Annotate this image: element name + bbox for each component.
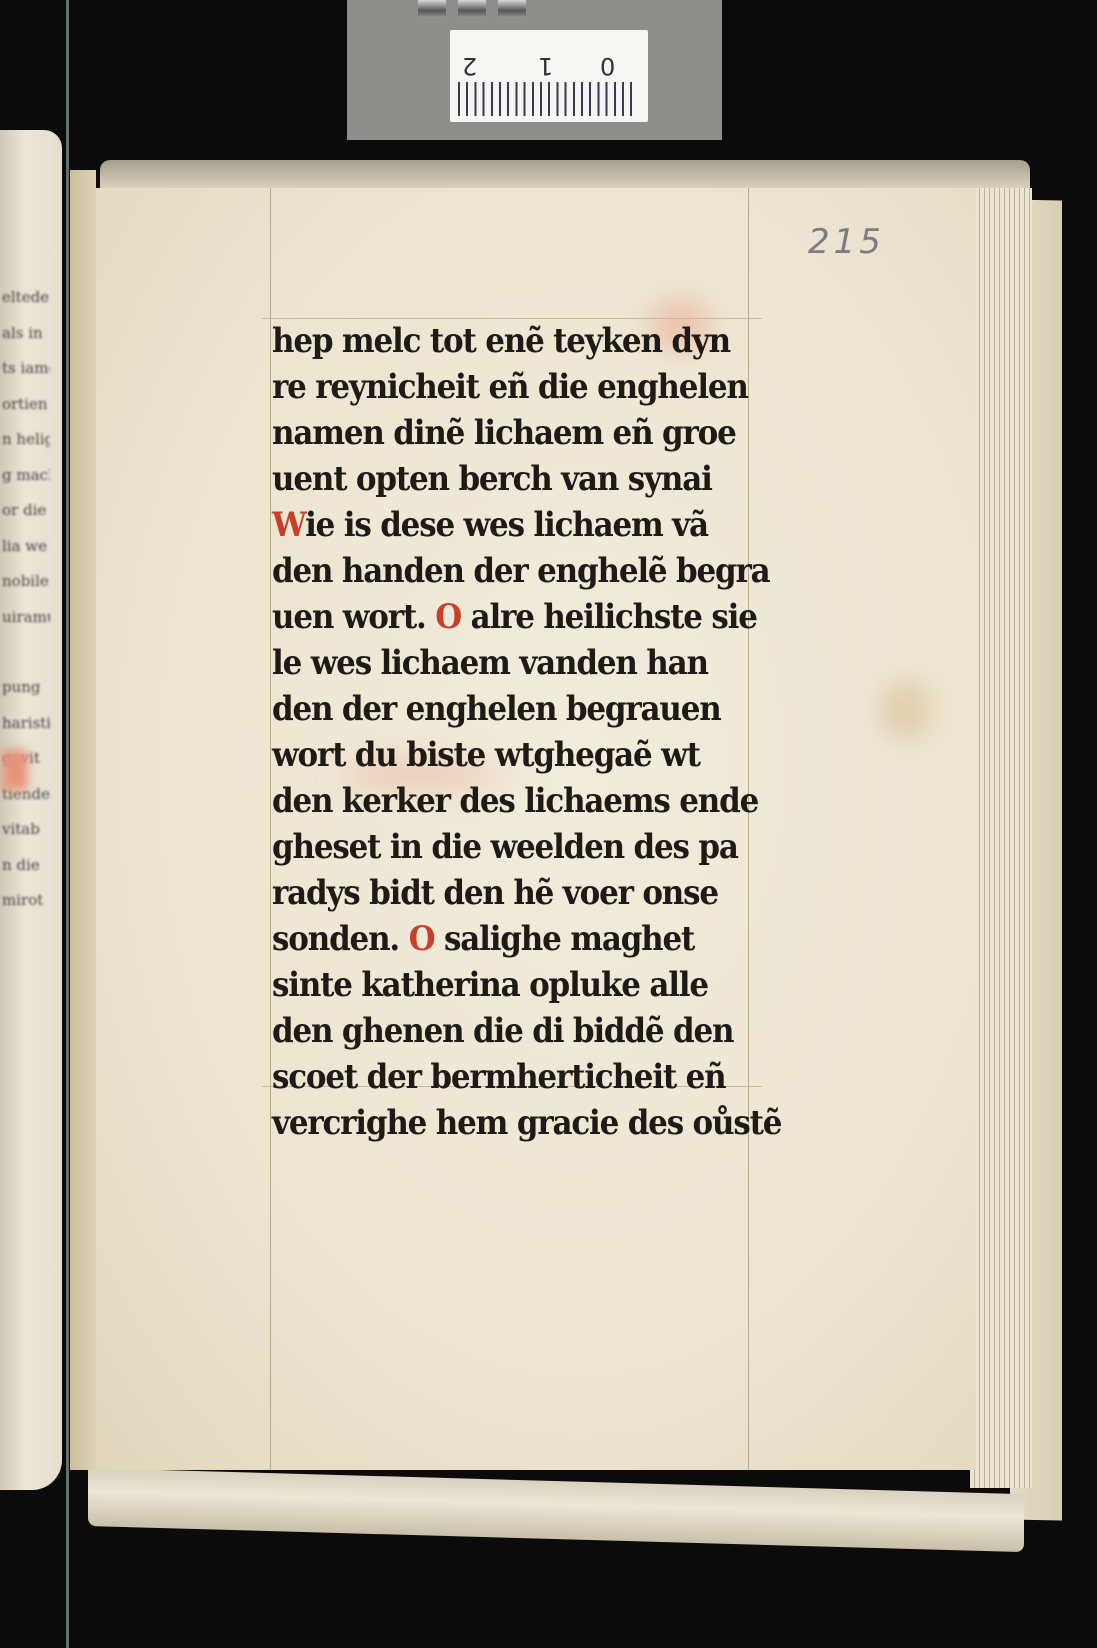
top-board: [100, 160, 1030, 188]
left-fragment: ts iamen: [2, 351, 50, 387]
left-fragment: or die: [2, 493, 50, 529]
spine-edge: [70, 170, 96, 1470]
line-text: salighe maghet: [434, 920, 694, 959]
left-fragment: g mach: [2, 458, 50, 494]
manuscript-text-block: hep melc tot enẽ teyken dyn re reynichei…: [272, 318, 812, 1146]
left-fragment: vitab: [2, 812, 50, 848]
ruler-label-2: 2: [462, 52, 477, 80]
left-fragment: eltede: [2, 280, 50, 316]
foxing-stain: [880, 680, 930, 740]
left-fragment: n die: [2, 848, 50, 884]
text-line: den ghenen die di biddẽ den: [272, 1006, 812, 1056]
clip: [498, 0, 526, 18]
scale-clips: [418, 0, 528, 28]
text-line: Wie is dese wes lichaem vã: [272, 500, 812, 550]
left-fragment: ortien: [2, 387, 50, 423]
rubric-initial: O: [409, 920, 435, 959]
text-line: uen wort. O alre heilichste sie: [272, 592, 812, 642]
text-line: re reynicheit eñ die enghelen: [272, 362, 812, 412]
text-line: le wes lichaem vanden han: [272, 638, 812, 688]
folio-number: 215: [808, 222, 885, 262]
text-line: scoet der bermherticheit eñ: [272, 1052, 812, 1102]
text-line: uent opten berch van synai: [272, 454, 812, 504]
text-line: den kerker des lichaems ende: [272, 776, 812, 826]
scale-ruler: 0 1 2: [450, 30, 648, 122]
text-line: hep melc tot enẽ teyken dyn: [272, 316, 812, 366]
text-line: den der enghelen begrauen: [272, 684, 812, 734]
left-fragment: uiramur: [2, 600, 50, 636]
text-line: sinte katherina opluke alle: [272, 960, 812, 1010]
left-fragment: mirot: [2, 883, 50, 919]
ruler-label-0: 0: [600, 52, 615, 80]
ruling-left: [270, 188, 271, 1470]
left-fragment: als in: [2, 316, 50, 352]
line-text: ie is dese wes lichaem vã: [305, 506, 708, 545]
bottom-board: [88, 1468, 1024, 1552]
text-line: wort du biste wtghegaẽ wt: [272, 730, 812, 780]
line-text: alre heilichste sie: [461, 598, 757, 637]
text-line: sonden. O salighe maghet: [272, 914, 812, 964]
left-fragment: lia we: [2, 529, 50, 565]
ruler-label-1: 1: [538, 52, 553, 80]
left-fragment: pung: [2, 670, 50, 706]
ruler-ticks: [458, 82, 634, 116]
text-line: vercrighe hem gracie des oůstẽ: [272, 1098, 812, 1148]
text-line: gheset in die weelden des pa: [272, 822, 812, 872]
text-line: den handen der enghelẽ begra: [272, 546, 812, 596]
left-fragment: haristi: [2, 706, 50, 742]
left-fragment: n helige: [2, 422, 50, 458]
left-rubric-mark: [2, 750, 28, 790]
page-block-edges: [970, 188, 1032, 1488]
left-page-text: eltede als in ts iamen ortien n helige g…: [2, 280, 50, 919]
line-text: uen wort.: [272, 598, 435, 637]
clip: [458, 0, 486, 18]
rubric-initial: W: [272, 506, 305, 545]
text-line: namen dinẽ lichaem eñ groe: [272, 408, 812, 458]
glass-plate-edge: [66, 0, 69, 1648]
line-text: sonden.: [272, 920, 409, 959]
clip: [418, 0, 446, 18]
text-line: radys bidt den hẽ voer onse: [272, 868, 812, 918]
rubric-initial: O: [435, 598, 461, 637]
left-page: eltede als in ts iamen ortien n helige g…: [0, 130, 62, 1490]
left-fragment: nobile: [2, 564, 50, 600]
